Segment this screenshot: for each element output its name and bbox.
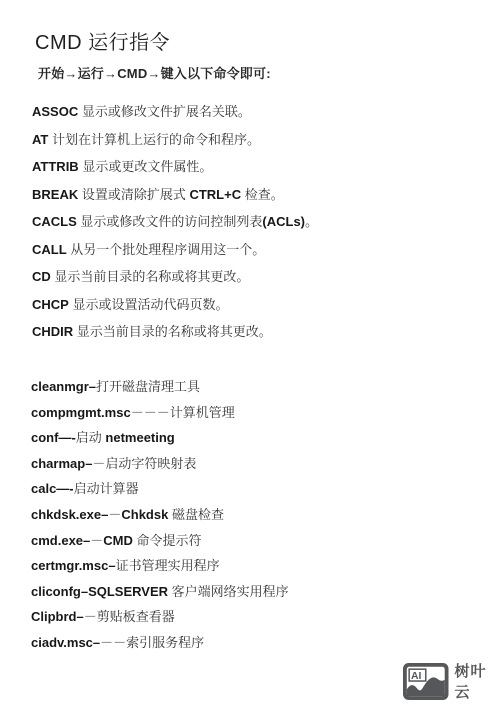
description-text: 打开磁盘清理工具 (96, 379, 200, 394)
description-text: 从另一个批处理程序调用这一个。 (67, 242, 266, 257)
description-text: －－－计算机管理 (131, 405, 235, 420)
command-token: Clipbrd– (31, 609, 84, 624)
command-line: AT 计划在计算机上运行的命令和程序。 (32, 126, 318, 154)
command-line: compmgmt.msc－－－计算机管理 (31, 400, 289, 426)
command-token: CHCP (32, 297, 69, 312)
command-token: charmap– (31, 456, 92, 471)
command-token: certmgr.msc– (31, 558, 116, 573)
command-line: charmap–－启动字符映射表 (31, 451, 289, 477)
command-token: ASSOC (32, 104, 78, 119)
command-line: CACLS 显示或修改文件的访问控制列表(ACLs)。 (32, 208, 318, 236)
command-line: Clipbrd–－剪贴板查看器 (31, 604, 289, 630)
description-text: 启动 (76, 430, 106, 445)
command-token: AT (32, 132, 48, 147)
ai-image-logo-icon: AI (403, 662, 449, 701)
command-token: chkdsk.exe– (31, 507, 108, 522)
command-line: CHDIR 显示当前目录的名称或将其更改。 (32, 318, 318, 346)
description-text: 客户端网络实用程序 (168, 584, 289, 599)
page-title: CMD 运行指令 (35, 29, 170, 57)
description-text: 检查。 (241, 187, 284, 202)
command-token: BREAK (32, 187, 78, 202)
command-token: Chkdsk (121, 507, 168, 522)
description-text: 磁盘检查 (168, 507, 224, 522)
command-line: CALL 从另一个批处理程序调用这一个。 (32, 236, 318, 264)
intro-line: 开始→运行→CMD→键入以下命令即可: (38, 64, 271, 84)
command-token: conf—- (31, 430, 76, 445)
description-text: －启动字符映射表 (92, 456, 196, 471)
command-token: CACLS (32, 214, 77, 229)
command-token: cleanmgr– (31, 379, 96, 394)
document-page: CMD 运行指令 开始→运行→CMD→键入以下命令即可: ASSOC 显示或修改… (0, 0, 500, 708)
command-line: cliconfg–SQLSERVER 客户端网络实用程序 (31, 579, 289, 605)
command-token: ATTRIB (32, 159, 79, 174)
command-token: ciadv.msc– (31, 635, 100, 650)
watermark-brand-text: 树叶云 (455, 660, 500, 702)
command-line: ASSOC 显示或修改文件扩展名关联。 (32, 98, 318, 126)
command-line: cleanmgr–打开磁盘清理工具 (31, 374, 289, 400)
command-line: calc—-启动计算器 (31, 476, 289, 502)
description-text: 设置或清除扩展式 (78, 187, 189, 202)
command-token: cliconfg–SQLSERVER (31, 584, 168, 599)
description-text: 证书管理实用程序 (116, 558, 220, 573)
command-line: chkdsk.exe–－Chkdsk 磁盘检查 (31, 502, 289, 528)
command-token: (ACLs) (262, 214, 305, 229)
description-text: －剪贴板查看器 (84, 609, 175, 624)
command-token: cmd.exe– (31, 533, 90, 548)
description-text: 计划在计算机上运行的命令和程序。 (48, 132, 260, 147)
command-list-dos: ASSOC 显示或修改文件扩展名关联。AT 计划在计算机上运行的命令和程序。AT… (32, 98, 318, 346)
logo-ai-text: AI (411, 670, 422, 681)
command-line: ATTRIB 显示或更改文件属性。 (32, 153, 318, 181)
description-text: － (108, 507, 121, 522)
command-line: certmgr.msc–证书管理实用程序 (31, 553, 289, 579)
command-token: compmgmt.msc (31, 405, 131, 420)
description-text: 显示或更改文件属性。 (79, 159, 213, 174)
command-line: ciadv.msc–－－索引服务程序 (31, 630, 289, 656)
description-text: 显示或设置活动代码页数。 (69, 297, 229, 312)
description-text: 启动计算器 (74, 481, 139, 496)
description-text: 。 (305, 214, 318, 229)
command-line: CD 显示当前目录的名称或将其更改。 (32, 263, 318, 291)
description-text: － (90, 533, 103, 548)
command-line: cmd.exe–－CMD 命令提示符 (31, 528, 289, 554)
command-line: conf—-启动 netmeeting (31, 425, 289, 451)
description-text: －－索引服务程序 (100, 635, 204, 650)
description-text: 显示当前目录的名称或将其更改。 (73, 324, 272, 339)
watermark: AI 树叶云 (403, 660, 500, 702)
command-token: CTRL+C (189, 187, 241, 202)
command-token: CD (32, 269, 51, 284)
command-token: CALL (32, 242, 67, 257)
command-line: CHCP 显示或设置活动代码页数。 (32, 291, 318, 319)
command-line: BREAK 设置或清除扩展式 CTRL+C 检查。 (32, 181, 318, 209)
description-text: 命令提示符 (133, 533, 202, 548)
command-token: calc—- (31, 481, 74, 496)
description-text: 显示当前目录的名称或将其更改。 (51, 269, 250, 284)
command-token: netmeeting (105, 430, 174, 445)
command-list-run: cleanmgr–打开磁盘清理工具compmgmt.msc－－－计算机管理con… (31, 374, 289, 656)
command-token: CMD (103, 533, 133, 548)
command-token: CHDIR (32, 324, 73, 339)
description-text: 显示或修改文件扩展名关联。 (78, 104, 251, 119)
description-text: 显示或修改文件的访问控制列表 (77, 214, 263, 229)
